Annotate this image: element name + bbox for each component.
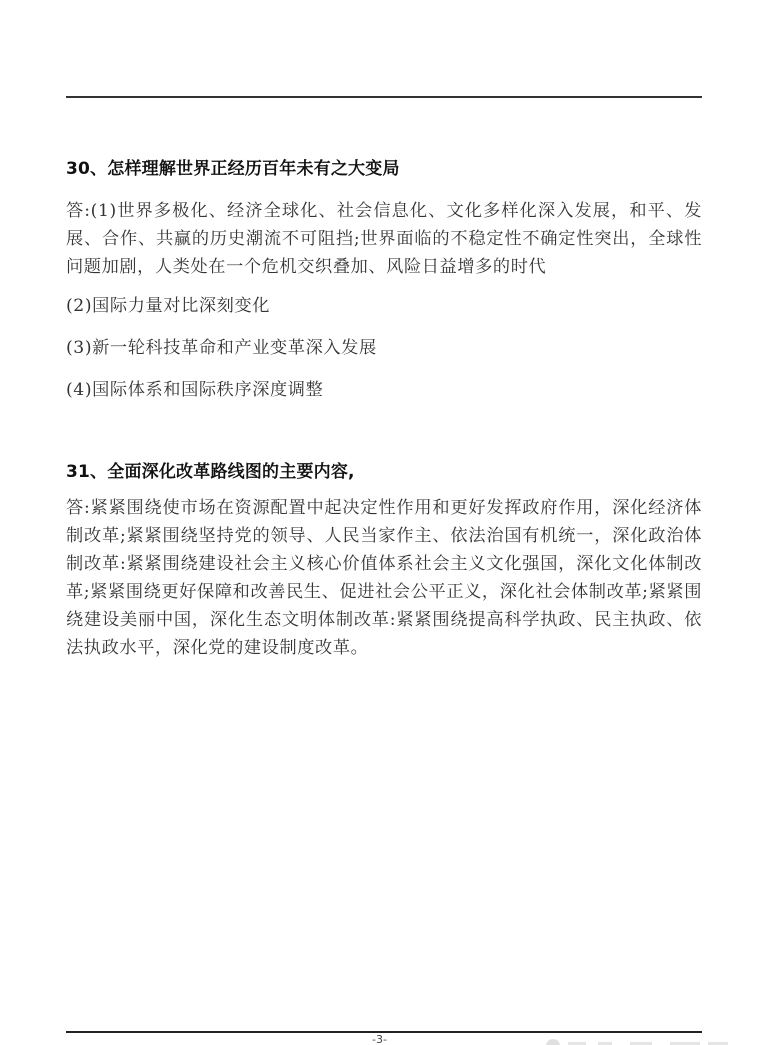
question-30-answer: 答:(1)世界多极化、经济全球化、社会信息化、文化多样化深入发展，和平、发展、合… (66, 197, 702, 281)
question-30-item-3: (3)新一轮科技革命和产业变革深入发展 (66, 336, 377, 360)
header-rule (66, 96, 702, 98)
question-30-item-2: (2)国际力量对比深刻变化 (66, 294, 270, 318)
question-31-heading: 31、全面深化改革路线图的主要内容, (66, 460, 702, 484)
question-30-item-4: (4)国际体系和国际秩序深度调整 (66, 378, 323, 402)
watermark-logo-icon (546, 1039, 560, 1045)
question-31-answer: 答:紧紧围绕使市场在资源配置中起决定性作用和更好发挥政府作用，深化经济体制改革;… (66, 494, 702, 662)
watermark (546, 1037, 746, 1045)
page-number: -3- (372, 1034, 387, 1045)
question-30-heading: 30、怎样理解世界正经历百年未有之大变局 (66, 157, 702, 181)
